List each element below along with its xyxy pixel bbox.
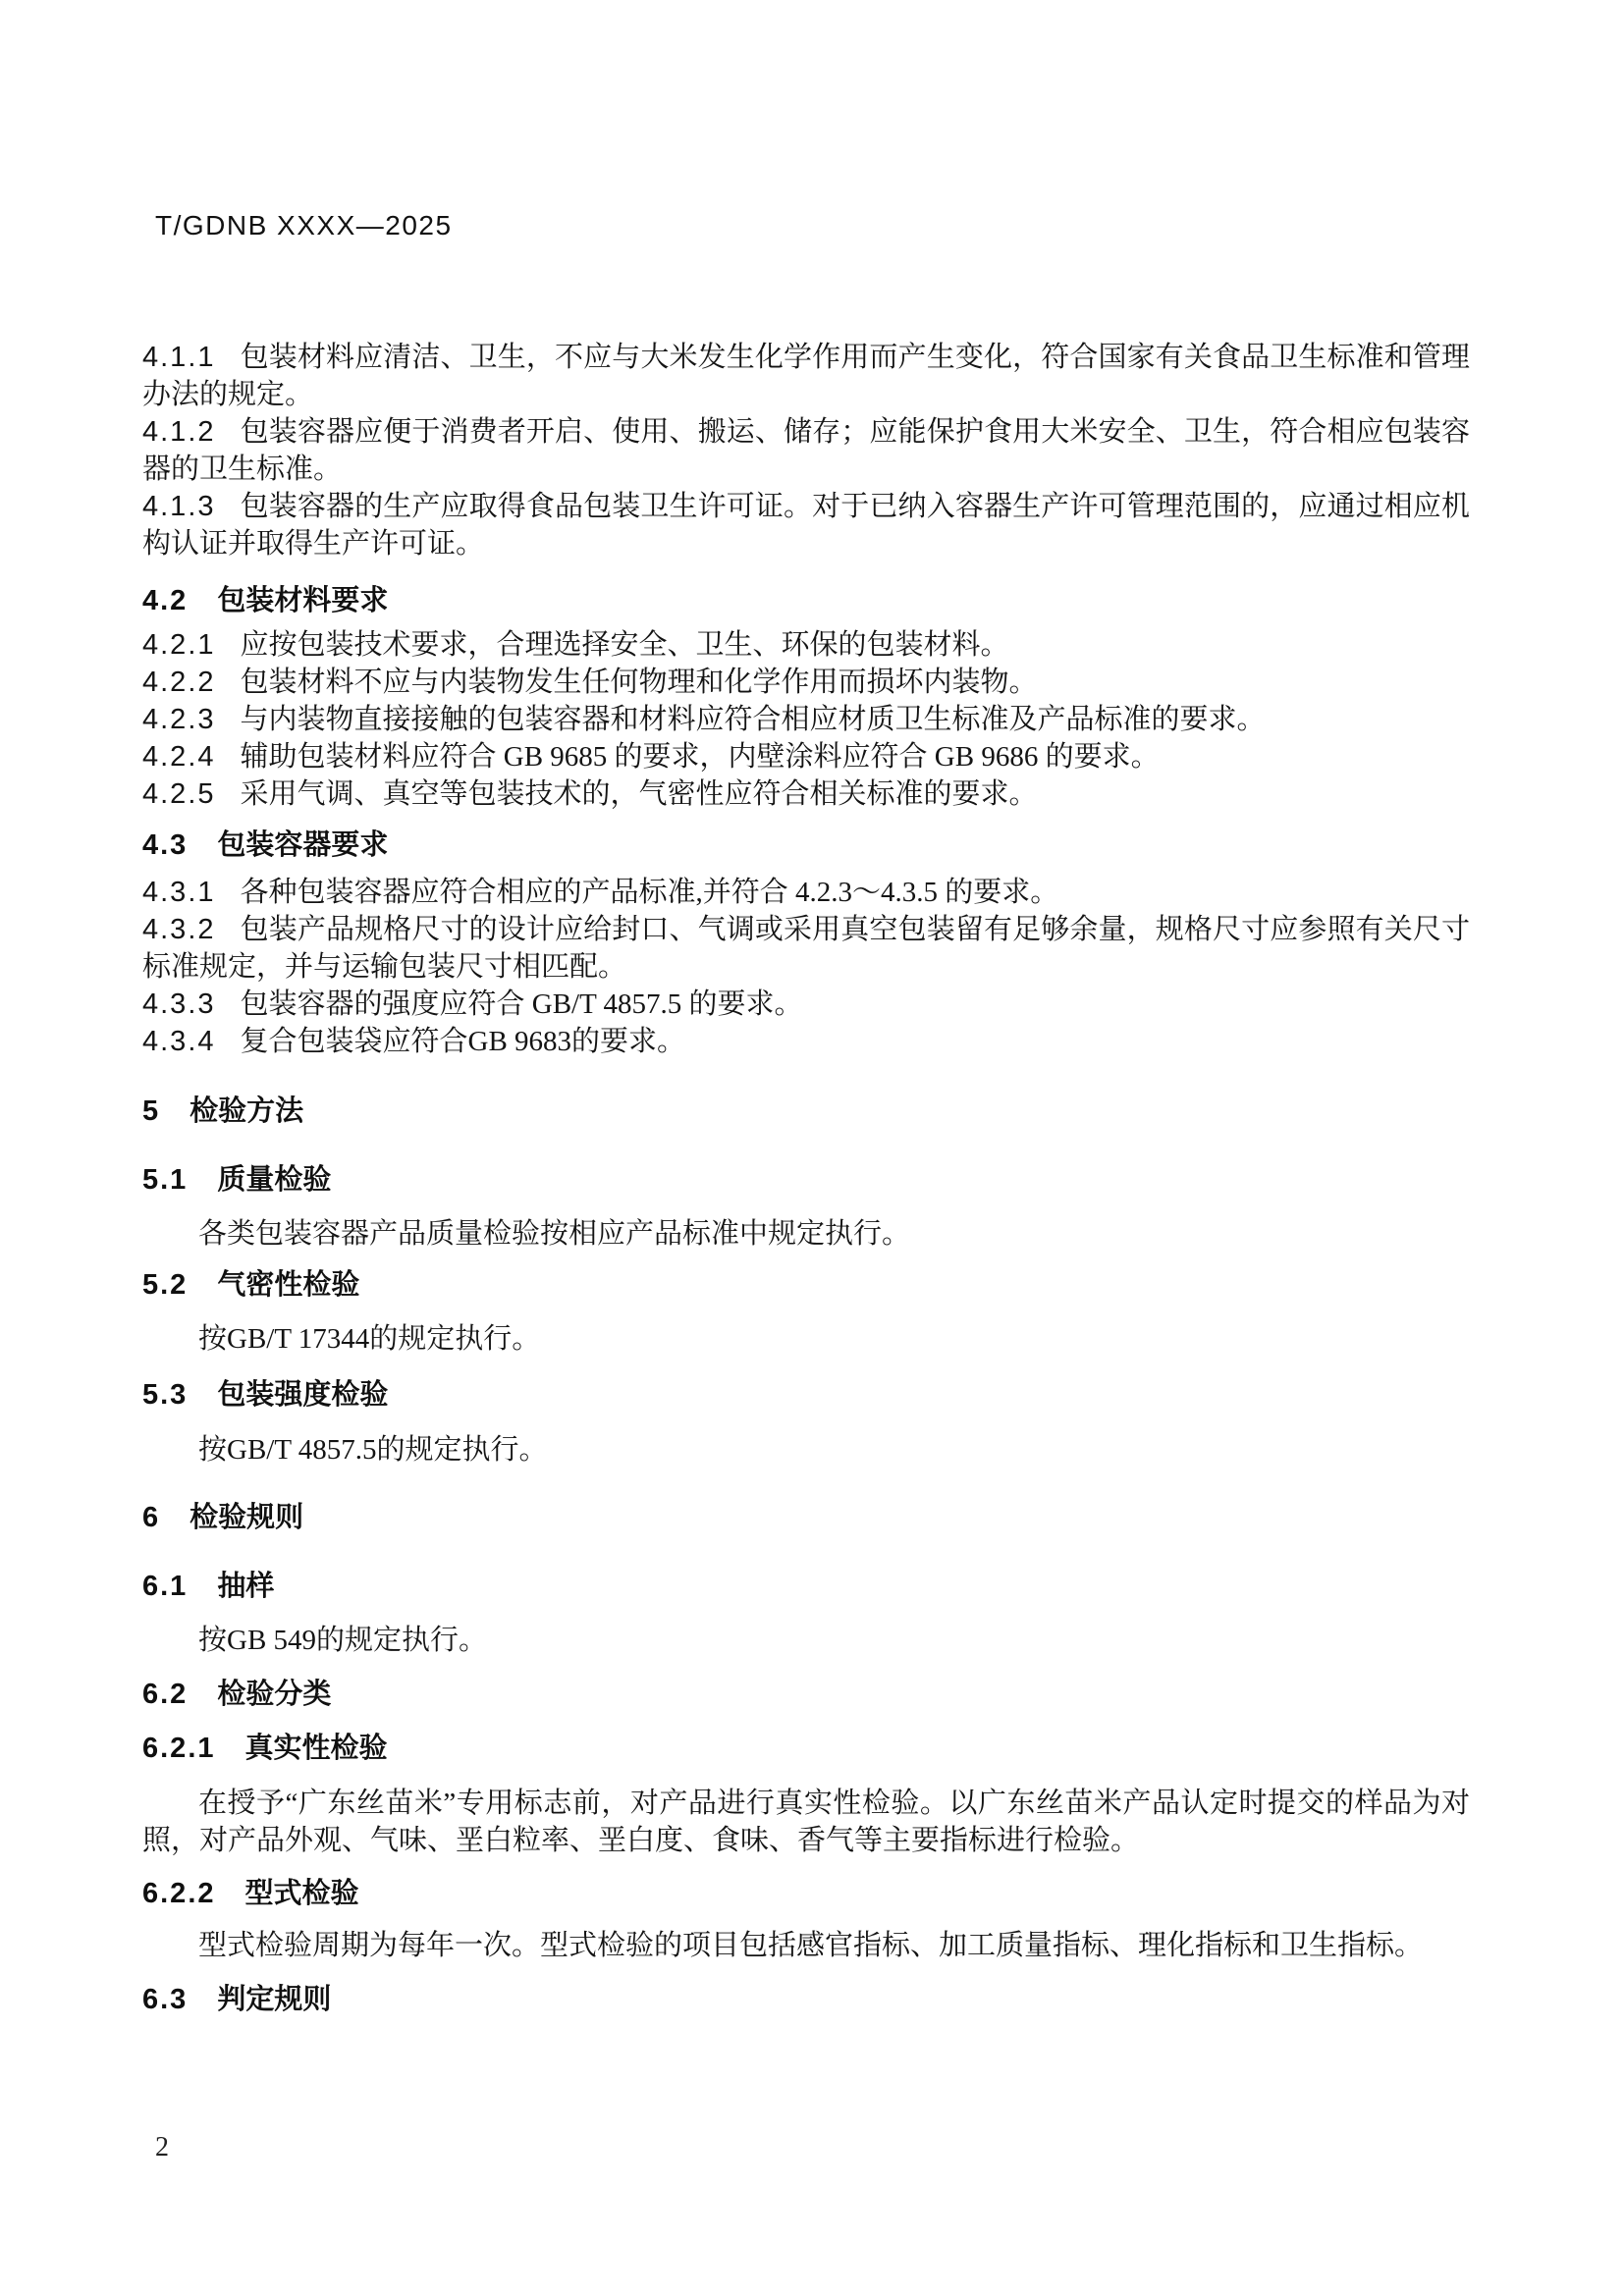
heading-number: 6.2.2 [142,1878,216,1909]
heading-title: 检验规则 [189,1502,303,1533]
heading-number: 6.2 [142,1679,188,1710]
clause-text: 辅助包装材料应符合 GB 9685 的要求，内壁涂料应符合 GB 9686 的要… [241,741,1160,773]
heading-number: 5 [142,1095,160,1127]
clause-number: 4.2.2 [142,667,216,698]
body-6-2-1: 在授予“广东丝苗米”专用标志前，对产品进行真实性检验。以广东丝苗米产品认定时提交… [142,1785,1470,1859]
heading-number: 6.3 [142,1984,188,2015]
heading-6-2-2: 6.2.2型式检验 [142,1875,1470,1912]
heading-number: 6.2.1 [142,1733,216,1764]
clause-text: 与内装物直接接触的包装容器和材料应符合相应材质卫生标准及产品标准的要求。 [241,704,1266,735]
document-page: T/GDNB XXXX—2025 4.1.1包装材料应清洁、卫生，不应与大米发生… [0,0,1624,2296]
heading-6-3: 6.3判定规则 [142,1981,1470,2018]
heading-number: 6 [142,1502,160,1533]
clause-text: 各种包装容器应符合相应的产品标准,并符合 4.2.3～4.3.5 的要求。 [241,877,1059,908]
heading-6-1: 6.1抽样 [142,1568,1470,1605]
clause-text: 复合包装袋应符合GB 9683的要求。 [241,1026,686,1057]
clause-4-2-3: 4.2.3与内装物直接接触的包装容器和材料应符合相应材质卫生标准及产品标准的要求… [142,701,1470,738]
clause-number: 4.2.4 [142,741,216,773]
heading-title: 包装强度检验 [217,1379,388,1411]
heading-4-2: 4.2包装材料要求 [142,582,1470,619]
clause-number: 4.1.3 [142,491,216,522]
clause-number: 4.1.2 [142,416,216,448]
heading-title: 气密性检验 [217,1269,359,1301]
heading-title: 包装材料要求 [217,585,388,616]
heading-title: 判定规则 [217,1984,331,2015]
clause-number: 4.3.1 [142,877,216,908]
clause-number: 4.2.5 [142,778,216,810]
clause-text: 采用气调、真空等包装技术的，气密性应符合相关标准的要求。 [241,778,1038,810]
page-number: 2 [155,2132,169,2163]
heading-number: 5.3 [142,1379,188,1411]
clause-text: 包装容器的生产应取得食品包装卫生许可证。对于已纳入容器生产许可管理范围的，应通过… [142,491,1470,560]
clause-number: 4.1.1 [142,342,216,373]
heading-6-2: 6.2检验分类 [142,1676,1470,1713]
body-5-1: 各类包装容器产品质量检验按相应产品标准中规定执行。 [142,1215,1470,1253]
heading-title: 检验分类 [217,1679,331,1710]
heading-number: 5.2 [142,1269,188,1301]
heading-title: 抽样 [217,1571,274,1602]
heading-title: 真实性检验 [245,1733,388,1764]
body-6-2-2: 型式检验周期为每年一次。型式检验的项目包括感官指标、加工质量指标、理化指标和卫生… [142,1927,1470,1964]
heading-title: 包装容器要求 [217,829,388,861]
heading-5-2: 5.2气密性检验 [142,1266,1470,1304]
clause-4-2-2: 4.2.2包装材料不应与内装物发生任何物理和化学作用而损坏内装物。 [142,664,1470,701]
running-header-doc-number: T/GDNB XXXX—2025 [155,210,453,241]
clause-4-3-1: 4.3.1各种包装容器应符合相应的产品标准,并符合 4.2.3～4.3.5 的要… [142,874,1470,911]
heading-number: 4.2 [142,585,188,616]
heading-6-2-1: 6.2.1真实性检验 [142,1730,1470,1767]
clause-text: 包装容器应便于消费者开启、使用、搬运、储存；应能保护食用大米安全、卫生，符合相应… [142,416,1470,485]
clause-number: 4.2.1 [142,629,216,661]
clause-4-2-1: 4.2.1应按包装技术要求，合理选择安全、卫生、环保的包装材料。 [142,626,1470,664]
clause-text: 包装产品规格尺寸的设计应给封口、气调或采用真空包装留有足够余量，规格尺寸应参照有… [142,914,1470,983]
heading-5: 5检验方法 [142,1093,1470,1130]
body-6-1: 按GB 549的规定执行。 [142,1622,1470,1659]
heading-4-3: 4.3包装容器要求 [142,827,1470,864]
body-5-2: 按GB/T 17344的规定执行。 [142,1320,1470,1358]
clause-number: 4.3.4 [142,1026,216,1057]
clause-4-1-3: 4.1.3包装容器的生产应取得食品包装卫生许可证。对于已纳入容器生产许可管理范围… [142,488,1470,562]
body-5-3: 按GB/T 4857.5的规定执行。 [142,1431,1470,1468]
clause-4-1-1: 4.1.1包装材料应清洁、卫生，不应与大米发生化学作用而产生变化，符合国家有关食… [142,339,1470,413]
heading-title: 质量检验 [217,1164,331,1196]
clause-4-2-5: 4.2.5采用气调、真空等包装技术的，气密性应符合相关标准的要求。 [142,775,1470,813]
clause-number: 4.3.2 [142,914,216,945]
clause-4-3-3: 4.3.3包装容器的强度应符合 GB/T 4857.5 的要求。 [142,986,1470,1023]
clause-4-3-4: 4.3.4复合包装袋应符合GB 9683的要求。 [142,1023,1470,1060]
clause-text: 包装材料不应与内装物发生任何物理和化学作用而损坏内装物。 [241,667,1038,698]
heading-title: 型式检验 [245,1878,359,1909]
clause-4-3-2: 4.3.2包装产品规格尺寸的设计应给封口、气调或采用真空包装留有足够余量，规格尺… [142,911,1470,986]
heading-number: 6.1 [142,1571,188,1602]
heading-5-1: 5.1质量检验 [142,1161,1470,1199]
clause-text: 应按包装技术要求，合理选择安全、卫生、环保的包装材料。 [241,629,1009,661]
document-body: 4.1.1包装材料应清洁、卫生，不应与大米发生化学作用而产生变化，符合国家有关食… [142,329,1470,2018]
clause-text: 包装材料应清洁、卫生，不应与大米发生化学作用而产生变化，符合国家有关食品卫生标准… [142,342,1470,410]
heading-number: 5.1 [142,1164,188,1196]
clause-number: 4.2.3 [142,704,216,735]
clause-number: 4.3.3 [142,988,216,1020]
heading-title: 检验方法 [189,1095,303,1127]
clause-4-1-2: 4.1.2包装容器应便于消费者开启、使用、搬运、储存；应能保护食用大米安全、卫生… [142,413,1470,488]
clause-text: 包装容器的强度应符合 GB/T 4857.5 的要求。 [241,988,803,1020]
clause-4-2-4: 4.2.4辅助包装材料应符合 GB 9685 的要求，内壁涂料应符合 GB 96… [142,738,1470,775]
heading-6: 6检验规则 [142,1499,1470,1536]
heading-5-3: 5.3包装强度检验 [142,1376,1470,1414]
heading-number: 4.3 [142,829,188,861]
